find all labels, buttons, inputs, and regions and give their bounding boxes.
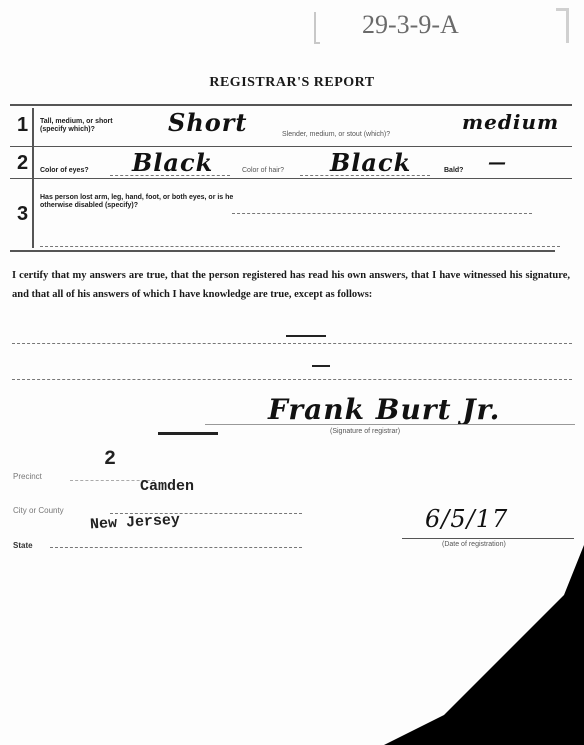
question-2-answer3: —: [488, 152, 507, 173]
signature-line: [205, 424, 575, 425]
city-label: City or County: [13, 506, 64, 515]
date-line: [402, 538, 574, 539]
date-caption: (Date of registration): [442, 541, 506, 549]
bracket-right-mark: [556, 8, 569, 43]
question-1-label2: Slender, medium, or stout (which)?: [282, 131, 390, 139]
question-1-answer2: medium: [462, 110, 559, 134]
exception-mark-1: [286, 335, 326, 337]
state-label: State: [13, 541, 33, 550]
question-2-answer: Black: [132, 148, 213, 177]
row2-divider: [10, 178, 572, 179]
question-number-3: 3: [17, 203, 28, 226]
state-line: [50, 547, 302, 548]
table-bottom-rule: [10, 250, 555, 252]
serial-number: 29-3-9-A: [362, 10, 459, 40]
exception-mark-2: [312, 365, 330, 367]
question-2-label: Color of eyes?: [40, 167, 89, 175]
question-number-2: 2: [17, 152, 28, 175]
bracket-left-mark: [314, 12, 320, 44]
city-value: Camden: [140, 478, 194, 495]
pen-mark: [158, 432, 218, 435]
question-1-answer: Short: [168, 108, 248, 137]
page-title: REGISTRAR'S REPORT: [0, 75, 584, 91]
question-1-label: Tall, medium, or short (specify which)?: [40, 118, 132, 134]
exception-line-1: [12, 343, 572, 344]
question-number-1: 1: [17, 114, 28, 137]
question-2-label3: Bald?: [444, 167, 463, 175]
registration-date: 6/5/17: [425, 505, 508, 533]
question-3-answer-line: [232, 213, 532, 214]
row1-divider: [10, 146, 572, 147]
certification-text: I certify that my answers are true, that…: [12, 266, 570, 304]
precinct-label: Precinct: [13, 472, 42, 481]
question-3-label: Has person lost arm, leg, hand, foot, or…: [40, 194, 265, 210]
registrar-signature: Frank Burt Jr.: [268, 393, 500, 426]
state-value: New Jersey: [90, 512, 181, 534]
question-3-answer-line-2: [40, 246, 560, 247]
signature-caption: (Signature of registrar): [330, 428, 400, 436]
scan-corner-shadow: [384, 545, 584, 745]
precinct-value: 2: [104, 448, 116, 471]
question-2-label2: Color of hair?: [242, 167, 284, 175]
exception-line-2: [12, 379, 572, 380]
question-2-answer2: Black: [330, 148, 411, 177]
table-top-rule: [10, 104, 572, 106]
